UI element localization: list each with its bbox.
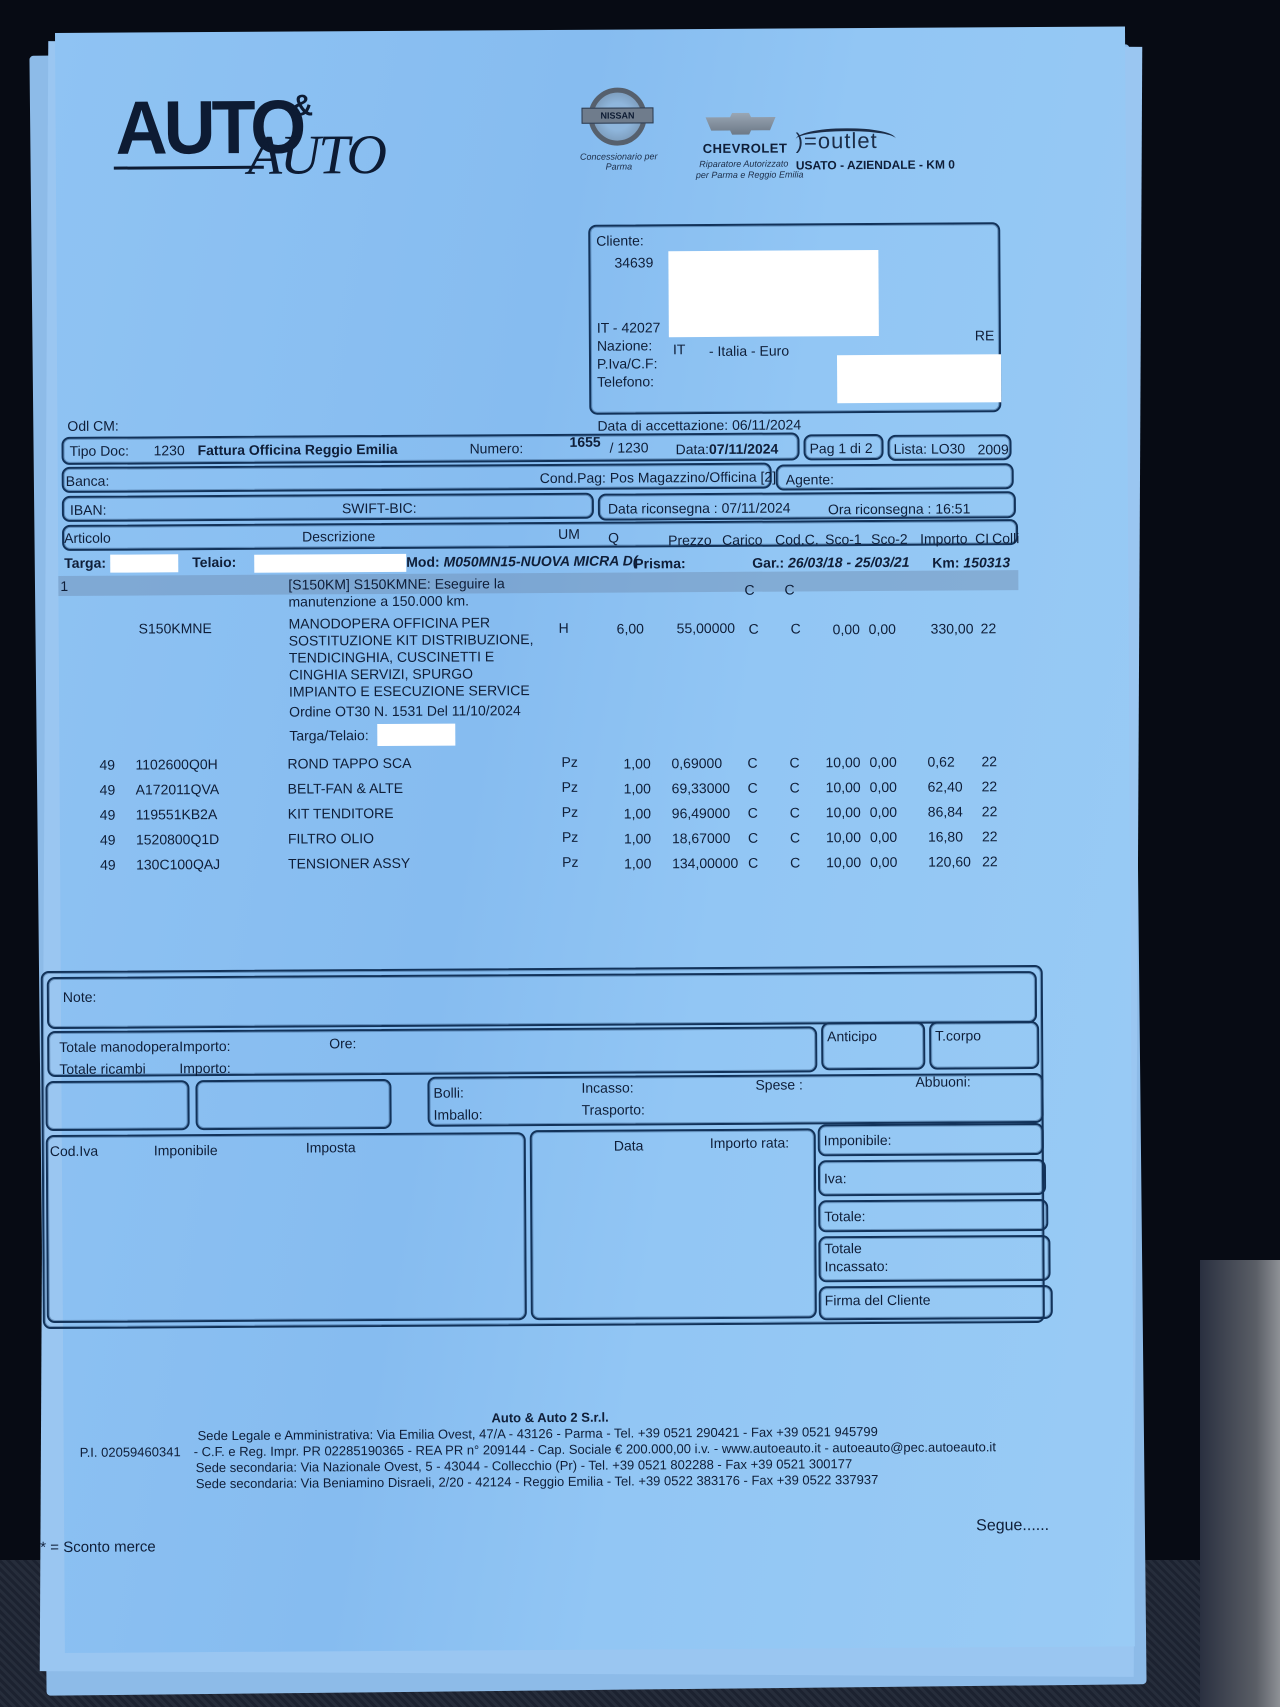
incasso-label: Incasso: (581, 1079, 633, 1095)
numero-label: Numero: (469, 440, 523, 456)
chevrolet-caption-1: Riparatore Autorizzato (696, 159, 792, 170)
part-prezzo: 134,00000 (672, 855, 738, 871)
numero-suffix: / 1230 (609, 439, 648, 455)
table-row: 491520800Q1DFILTRO OLIOPz1,0018,67000CC1… (55, 26, 1125, 33)
part-q: 1,00 (624, 855, 651, 871)
part-q: 1,00 (624, 780, 651, 796)
part-um: Pz (562, 829, 578, 845)
rate-box (530, 1128, 817, 1320)
labor-row: S150KMNE MANODOPERA OFFICINA PER SOSTITU… (55, 26, 1125, 33)
part-importo: 86,84 (928, 803, 963, 819)
totale-incassato-label-1: Totale (824, 1240, 861, 1256)
part-articolo: 1520800Q1D (136, 831, 219, 848)
group-codc: C (784, 581, 794, 597)
col-colli: Colli (992, 530, 1019, 546)
part-ci: 22 (981, 753, 997, 769)
telefono-label: Telefono: (597, 373, 654, 389)
part-codc: C (789, 754, 799, 770)
part-um: Pz (562, 854, 578, 870)
totale-label: Totale: (824, 1208, 865, 1224)
labor-sco1: 0,00 (833, 621, 860, 637)
cond-pag: Cond.Pag: Pos Magazzino/Officina [2] (540, 469, 776, 486)
outlet-caption: USATO - AZIENDALE - KM 0 (796, 158, 955, 173)
chevrolet-caption-2: per Parma e Reggio Emilia (696, 170, 792, 181)
part-sco1: 10,00 (826, 804, 861, 820)
group-desc-2: manutenzione a 150.000 km. (288, 592, 469, 609)
labor-ci: 22 (981, 620, 997, 636)
data-doc-label: Data: (676, 441, 710, 457)
part-cat: 49 (100, 832, 116, 848)
piva-label: P.Iva/C.F: (597, 355, 658, 371)
labor-um: H (559, 620, 569, 636)
data-doc-value: 07/11/2024 (709, 441, 778, 457)
chevrolet-logo: CHEVROLET Riparatore Autorizzato per Par… (55, 26, 1125, 33)
km: Km: 150313 (932, 554, 1010, 570)
garanzia-label: Gar.: (752, 555, 784, 571)
trasporto-label: Trasporto: (582, 1101, 645, 1117)
part-q: 1,00 (624, 805, 651, 821)
part-articolo: 1102600Q0H (135, 756, 217, 773)
part-articolo: 130C100QAJ (136, 856, 220, 873)
km-label: Km: (932, 554, 959, 570)
part-desc: KIT TENDITORE (288, 805, 394, 822)
redacted-targa-telaio (377, 724, 455, 746)
ora-riconsegna-label: Ora riconsegna : (828, 501, 932, 518)
labor-articolo: S150KMNE (139, 620, 212, 636)
part-ci: 22 (982, 828, 998, 844)
targa-label: Targa: (64, 555, 106, 571)
tcorpo-label: T.corpo (935, 1027, 981, 1043)
part-importo: 62,40 (928, 778, 963, 794)
part-carico: C (748, 805, 758, 821)
cond-pag-value: Pos Magazzino/Officina [2] (610, 469, 776, 486)
part-codc: C (790, 779, 800, 795)
invoice-sheet: AUTO & AUTO NISSAN Concessionario per Pa… (55, 26, 1135, 1653)
lista-value: LO30 (931, 440, 965, 456)
col-descrizione: Descrizione (302, 528, 375, 544)
table-row: 491102600Q0HROND TAPPO SCAPz1,000,69000C… (55, 26, 1125, 33)
part-desc: BELT-FAN & ALTE (288, 780, 404, 797)
group-carico: C (744, 582, 754, 598)
part-carico: C (748, 830, 758, 846)
col-q: Q (608, 530, 619, 546)
spese-label: Spese : (755, 1076, 803, 1092)
col-ci: CI (975, 530, 989, 546)
table-row: 49119551KB2AKIT TENDITOREPz1,0096,49000C… (55, 26, 1125, 33)
ora-riconsegna-value: 16:51 (935, 500, 970, 516)
group-row-shade (58, 570, 1018, 596)
part-sco1: 10,00 (825, 754, 860, 770)
part-sco1: 10,00 (826, 779, 861, 795)
part-prezzo: 0,69000 (671, 755, 722, 771)
nissan-badge: NISSAN (581, 107, 653, 123)
data-riconsegna: Data riconsegna : 07/11/2024 (608, 500, 791, 517)
cliente-label: Cliente: (596, 232, 644, 248)
bolli-label: Bolli: (433, 1085, 463, 1101)
ora-riconsegna: Ora riconsegna : 16:51 (828, 500, 971, 517)
iban-box (62, 493, 594, 522)
table-row: 49A172011QVABELT-FAN & ALTEPz1,0069,3300… (55, 26, 1125, 33)
part-importo: 0,62 (927, 754, 954, 770)
imponibile-col-label: Imponibile (154, 1142, 218, 1158)
labor-desc: MANODOPERA OFFICINA PER SOSTITUZIONE KIT… (289, 614, 534, 700)
part-cat: 49 (100, 857, 116, 873)
part-desc: TENSIONER ASSY (288, 855, 410, 872)
ore-label: Ore: (329, 1035, 356, 1051)
part-cat: 49 (100, 807, 116, 823)
part-carico: C (747, 755, 757, 771)
cliente-province: RE (975, 327, 995, 343)
lista: Lista: LO30 (894, 440, 966, 456)
part-sco1: 10,00 (826, 854, 861, 870)
mod-value: M050MN15-NUOVA MICRA D( (444, 552, 638, 569)
footer-company: Auto & Auto 2 S.r.l. (491, 1410, 608, 1426)
part-carico: C (748, 855, 758, 871)
mod-label: Mod: (406, 554, 440, 570)
part-codc: C (790, 854, 800, 870)
part-sco2: 0,00 (870, 804, 897, 820)
part-um: Pz (562, 804, 578, 820)
telaio-label: Telaio: (192, 554, 236, 570)
footer-line-4: Sede secondaria: Via Beniamino Disraeli,… (196, 1472, 879, 1491)
part-ci: 22 (982, 853, 998, 869)
nazione-value: - Italia - Euro (709, 343, 789, 359)
totale-incassato-label-2: Incassato: (824, 1258, 888, 1274)
iva-breakdown-box (46, 1132, 527, 1323)
part-um: Pz (561, 754, 577, 770)
blank-box-1 (45, 1080, 189, 1131)
outlet-name: )=outlet (796, 128, 878, 155)
part-um: Pz (562, 779, 578, 795)
parts-list: 491102600Q0HROND TAPPO SCAPz1,000,69000C… (55, 26, 1125, 33)
part-desc: ROND TAPPO SCA (287, 755, 411, 772)
tipo-doc-code: 1230 (154, 442, 185, 458)
pagina-value: Pag 1 di 2 (810, 440, 873, 456)
firma-label: Firma del Cliente (825, 1292, 931, 1309)
labor-desc-line: CINGHIA SERVIZI, SPURGO (289, 665, 534, 683)
labor-desc-line: TENDICINGHIA, CUSCINETTI E (289, 648, 534, 666)
col-sco2: Sco-2 (871, 531, 908, 547)
data-riconsegna-value: 07/11/2024 (721, 500, 790, 516)
logo-ampersand: & (291, 89, 313, 123)
col-carico: Carico (722, 532, 763, 548)
part-cat: 49 (99, 757, 115, 773)
tipo-doc-desc: Fattura Officina Reggio Emilia (198, 441, 398, 458)
segue-label: Segue...... (976, 1517, 1049, 1535)
labor-q: 6,00 (617, 620, 644, 636)
data-accettazione: Data di accettazione: 06/11/2024 (597, 416, 801, 433)
part-sco1: 10,00 (826, 829, 861, 845)
part-cat: 49 (100, 782, 116, 798)
redacted-client-name (668, 250, 879, 337)
col-prezzo: Prezzo (668, 532, 712, 548)
data-doc: Data:07/11/2024 (676, 441, 779, 458)
data-accettazione-label: Data di accettazione: (597, 417, 728, 434)
imponibile-label: Imponibile: (824, 1132, 892, 1148)
lista-extra: 2009 (978, 441, 1009, 457)
part-prezzo: 69,33000 (672, 780, 731, 796)
abbuoni-label: Abbuoni: (915, 1073, 970, 1089)
table-row: 49130C100QAJTENSIONER ASSYPz1,00134,0000… (55, 26, 1125, 33)
agente-label: Agente: (786, 471, 834, 487)
labor-targa-telaio-label: Targa/Telaio: (289, 727, 368, 743)
tot-ricambi-label: Totale ricambi (59, 1060, 145, 1077)
note-box (47, 971, 1037, 1029)
part-desc: FILTRO OLIO (288, 830, 374, 847)
group-desc-1: [S150KM] S150KMNE: Eseguire la (288, 575, 504, 592)
labor-desc-line: MANODOPERA OFFICINA PER (289, 614, 534, 632)
km-value: 150313 (963, 554, 1010, 570)
col-importo: Importo (920, 530, 968, 546)
labor-desc-line: SOSTITUZIONE KIT DISTRIBUZIONE, (289, 631, 534, 649)
labor-importo: 330,00 (931, 620, 974, 636)
nazione-code: IT (673, 341, 686, 357)
part-prezzo: 18,67000 (672, 830, 731, 846)
part-codc: C (790, 804, 800, 820)
numero-value: 1655 (569, 434, 600, 450)
tipo-doc-label: Tipo Doc: (70, 443, 129, 459)
iban-label: IBAN: (70, 502, 107, 518)
labor-desc-line: IMPIANTO E ESECUZIONE SERVICE (289, 682, 534, 700)
data-accettazione-value: 06/11/2024 (732, 416, 801, 432)
labor-prezzo: 55,00000 (677, 620, 736, 636)
part-sco2: 0,00 (870, 854, 897, 870)
prisma-label: Prisma: (634, 555, 685, 571)
iva-box (818, 1159, 1046, 1196)
labor-ordine: Ordine OT30 N. 1531 Del 11/10/2024 (289, 702, 521, 719)
sconto-merce-note: * = Sconto merce (40, 1538, 156, 1556)
logo-text-auto-italic: AUTO (248, 123, 386, 188)
group-num: 1 (60, 578, 68, 594)
cliente-postal: IT - 42027 (597, 319, 661, 335)
auto-and-auto-logo: AUTO & AUTO (55, 26, 1125, 33)
nissan-logo: NISSAN Concessionario per Parma (55, 26, 1125, 33)
garanzia: Gar.: 26/03/18 - 25/03/21 (752, 554, 909, 571)
footer-piva: P.I. 02059460341 (80, 1444, 181, 1460)
part-articolo: A172011QVA (136, 781, 220, 798)
tot-manodopera-label: Totale manodopera (59, 1038, 179, 1055)
labor-carico: C (749, 621, 759, 637)
odl-label: Odl CM: (67, 418, 118, 434)
col-articolo: Articolo (64, 530, 111, 546)
imballo-label: Imballo: (434, 1106, 483, 1122)
tot-manodopera-importo-label: Importo: (179, 1038, 230, 1054)
part-q: 1,00 (623, 755, 650, 771)
nissan-caption: Concessionario per Parma (576, 151, 662, 172)
labor-sco2: 0,00 (869, 621, 896, 637)
banca-label: Banca: (66, 473, 110, 489)
car-seat-edge (1200, 1260, 1280, 1707)
part-articolo: 119551KB2A (136, 806, 218, 822)
outlet-logo: )=outlet USATO - AZIENDALE - KM 0 (55, 26, 1125, 33)
part-prezzo: 96,49000 (672, 805, 731, 821)
blank-box-2 (195, 1079, 391, 1130)
part-carico: C (748, 780, 758, 796)
note-label: Note: (63, 989, 97, 1005)
mod: Mod: M050MN15-NUOVA MICRA D( (406, 552, 637, 569)
rata-data-label: Data (614, 1137, 644, 1153)
tot-ricambi-importo-label: Importo: (179, 1060, 230, 1076)
col-um: UM (558, 526, 580, 542)
cod-iva-label: Cod.Iva (50, 1143, 98, 1159)
iva-label: Iva: (824, 1170, 847, 1186)
nazione-label: Nazione: (597, 337, 652, 353)
data-riconsegna-label: Data riconsegna : (608, 500, 718, 517)
col-sco1: Sco-1 (825, 531, 862, 547)
garanzia-value: 26/03/18 - 25/03/21 (788, 554, 910, 571)
part-q: 1,00 (624, 830, 651, 846)
cond-pag-label: Cond.Pag: (540, 470, 606, 486)
chevrolet-bowtie-icon (706, 113, 776, 135)
part-codc: C (790, 829, 800, 845)
col-codc: Cod.C. (775, 531, 819, 547)
anticipo-label: Anticipo (827, 1028, 877, 1044)
redacted-targa (110, 554, 178, 572)
part-importo: 120,60 (928, 853, 971, 869)
importo-rata-label: Importo rata: (710, 1135, 789, 1151)
lista-label: Lista: (894, 441, 928, 457)
swift-label: SWIFT-BIC: (342, 500, 417, 516)
chevrolet-name: CHEVROLET (703, 141, 788, 157)
labor-codc: C (791, 620, 801, 636)
redacted-piva (837, 354, 1001, 403)
redacted-telaio (254, 554, 406, 573)
part-sco2: 0,00 (870, 779, 897, 795)
part-ci: 22 (982, 778, 998, 794)
part-ci: 22 (982, 803, 998, 819)
part-sco2: 0,00 (870, 829, 897, 845)
cliente-code: 34639 (614, 254, 653, 270)
imposta-label: Imposta (306, 1139, 356, 1155)
part-importo: 16,80 (928, 828, 963, 844)
part-sco2: 0,00 (869, 754, 896, 770)
